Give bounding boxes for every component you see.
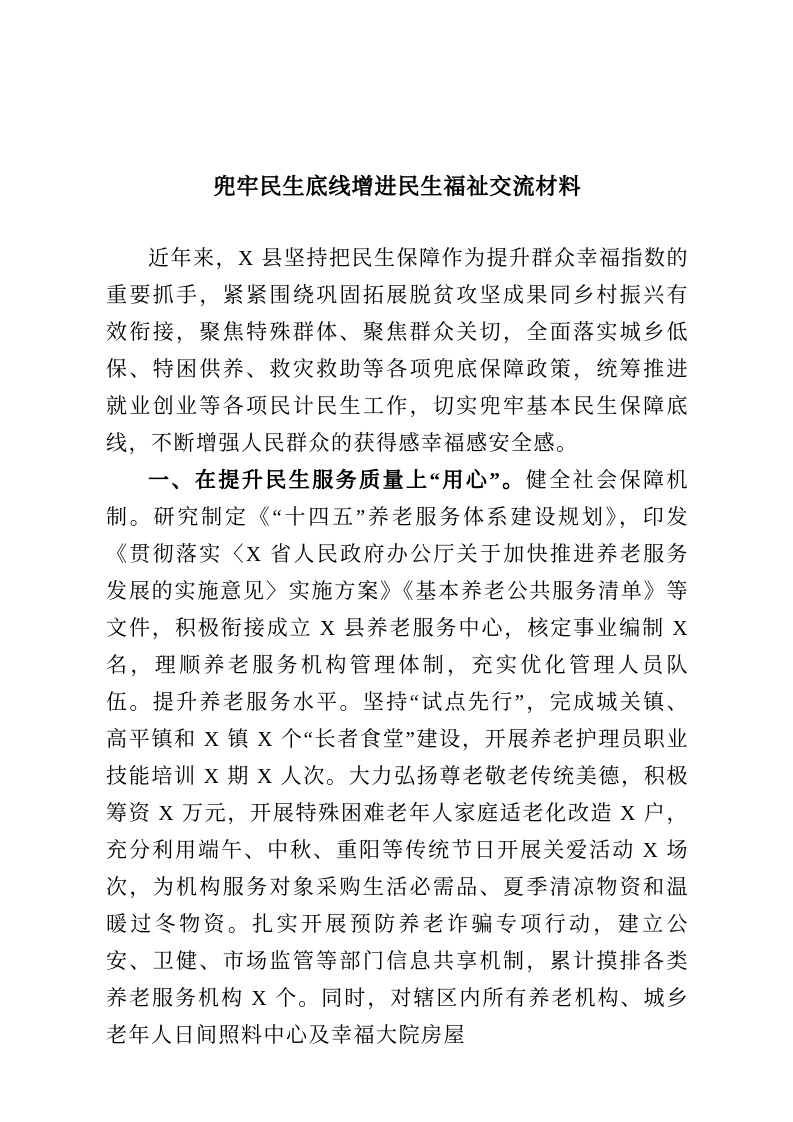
section-1-heading: 一、在提升民生服务质量上“用心”。 [148,468,526,492]
paragraph-section-1: 一、在提升民生服务质量上“用心”。健全社会保障机制。研究制定《“十四五”养老服务… [106,462,689,1054]
paragraph-intro: 近年来，X 县坚持把民生保障作为提升群众幸福指数的重要抓手，紧紧围绕巩固拓展脱贫… [106,240,689,462]
document-page: 兜牢民生底线增进民生福祉交流材料 近年来，X 县坚持把民生保障作为提升群众幸福指… [0,0,793,1122]
section-1-body: 健全社会保障机制。研究制定《“十四五”养老服务体系建设规划》，印发《贯彻落实〈X… [106,468,689,1047]
document-title: 兜牢民生底线增进民生福祉交流材料 [106,172,689,202]
